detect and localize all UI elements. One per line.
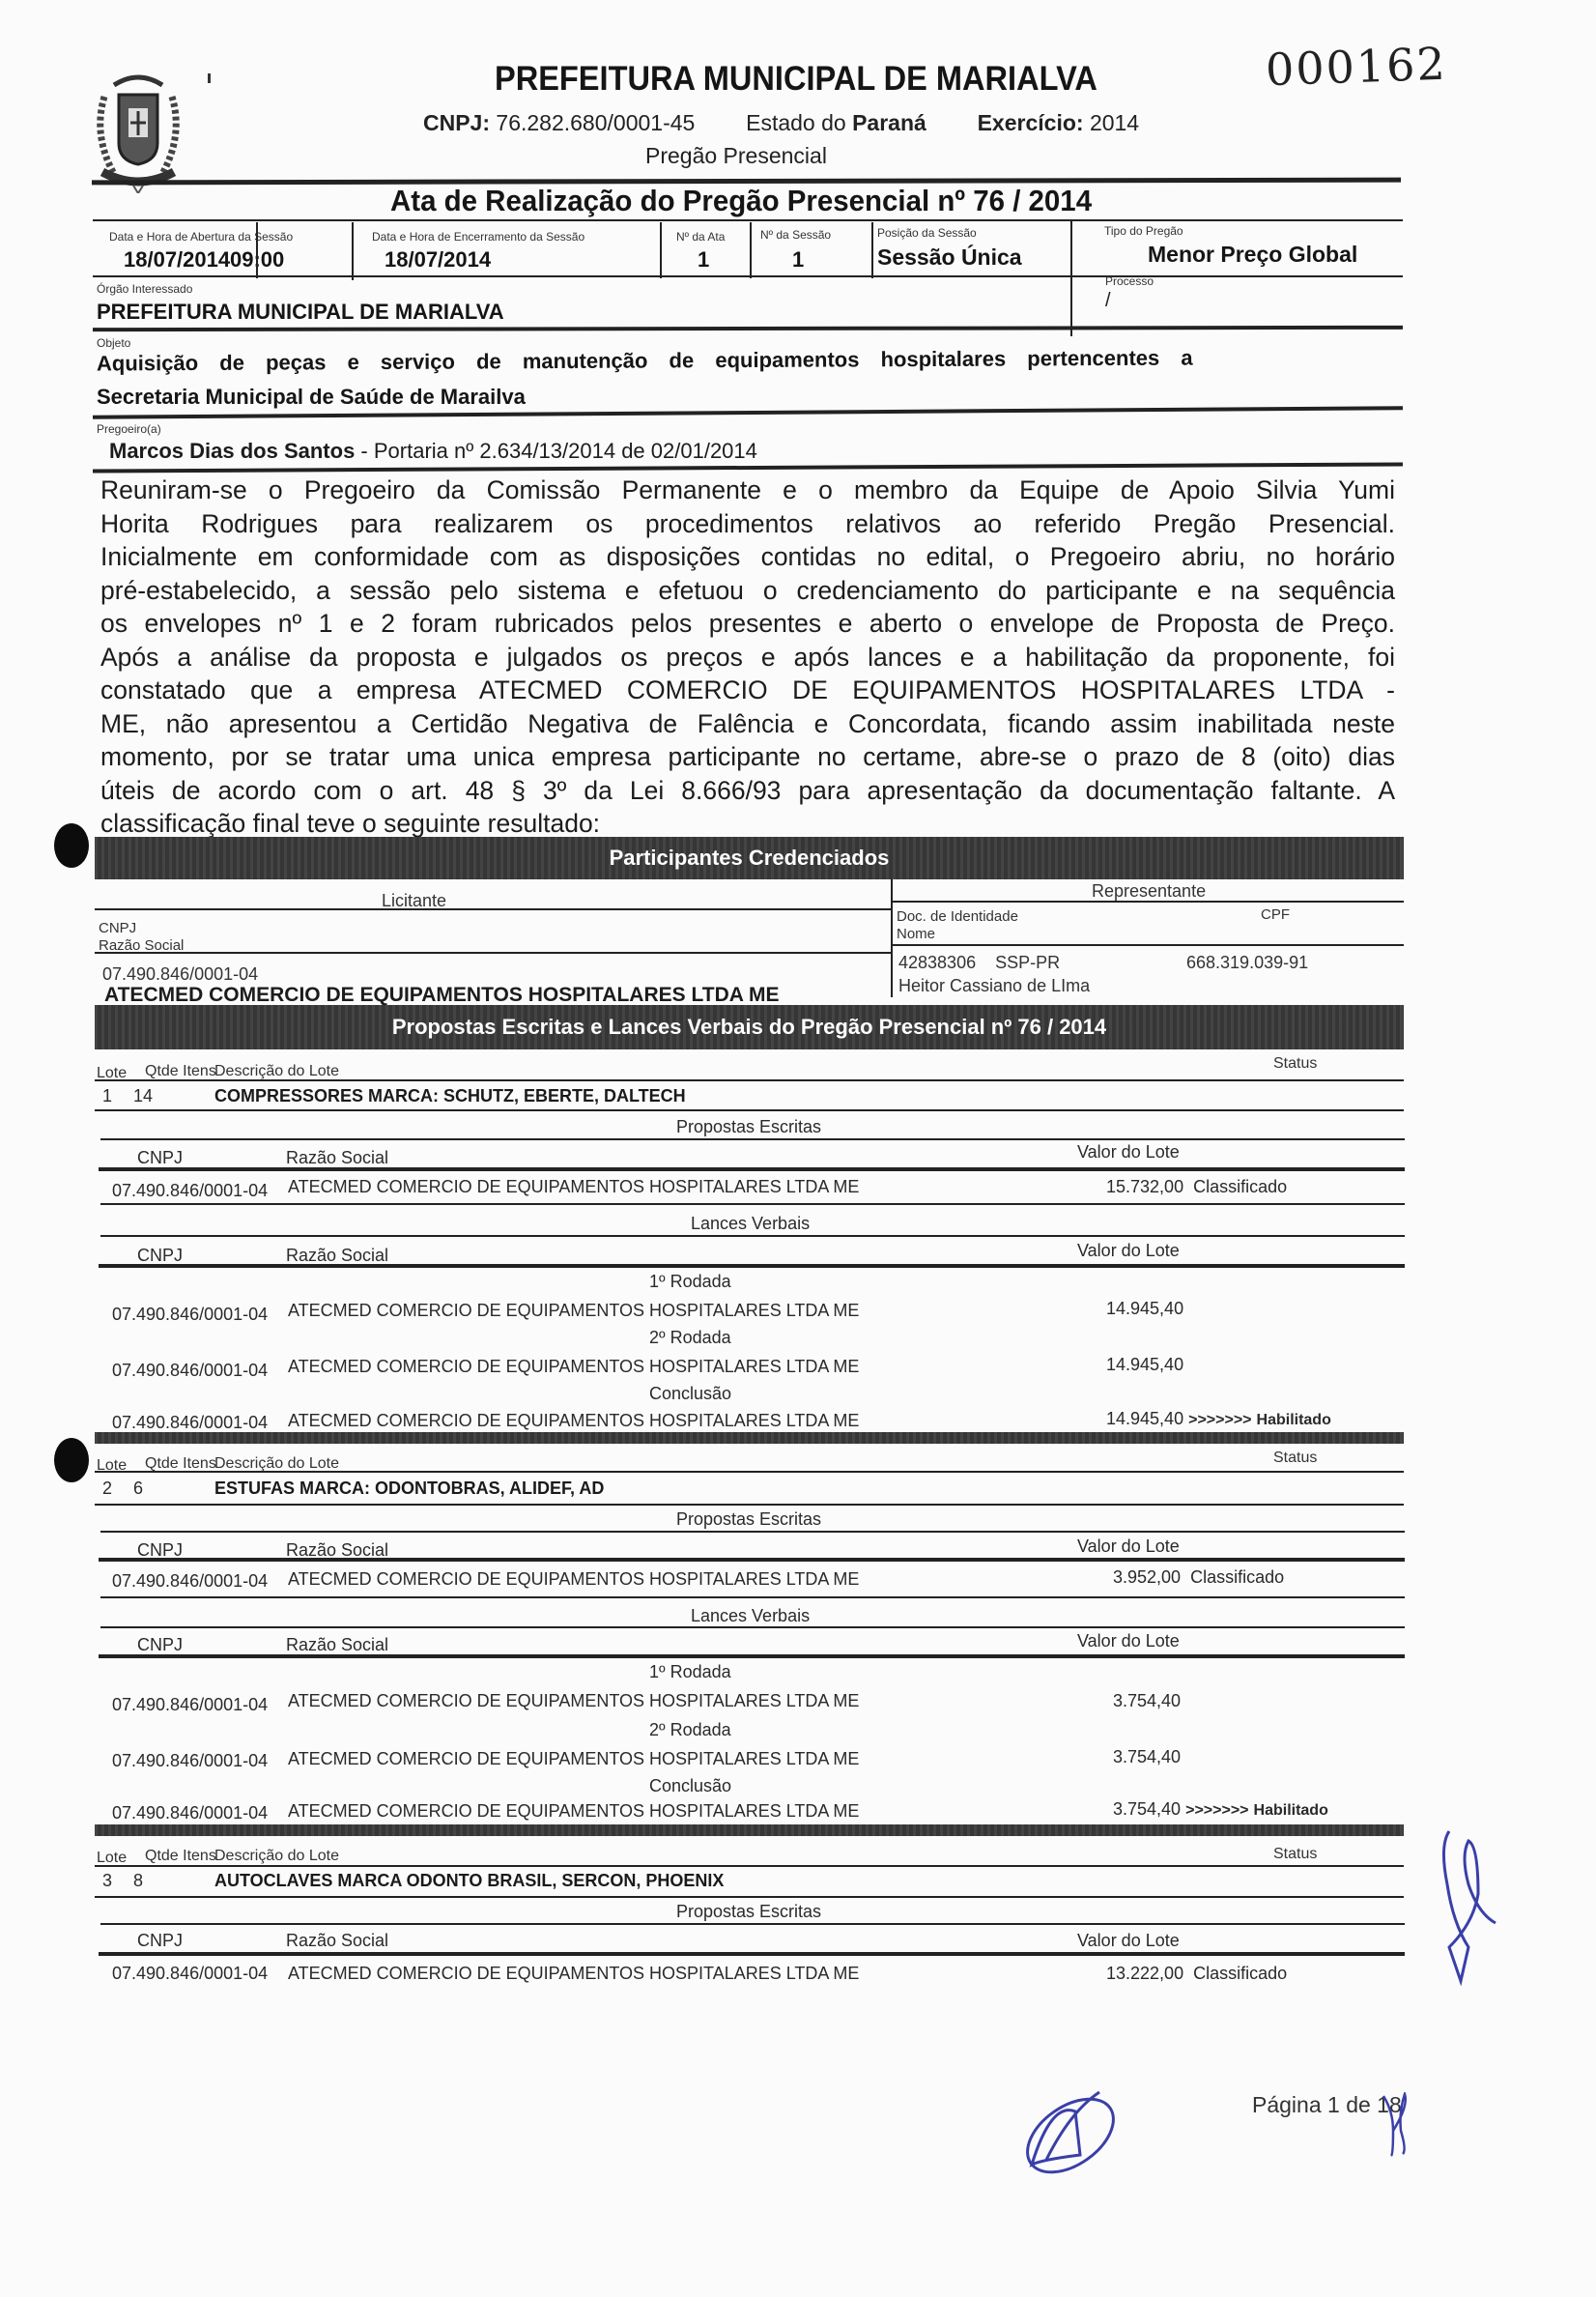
rodada-2-label: 2º Rodada (649, 1328, 731, 1348)
posicao-value: Sessão Única (877, 244, 1022, 271)
escrita-cnpj: 07.490.846/0001-04 (112, 1964, 268, 1984)
escrita-valor: 13.222,00 (1106, 1964, 1183, 1983)
rule (95, 952, 891, 954)
rodada-razao: ATECMED COMERCIO DE EQUIPAMENTOS HOSPITA… (288, 1301, 859, 1321)
representante-label: Representante (1092, 881, 1206, 902)
doc-orgao: SSP-PR (995, 953, 1060, 972)
razao-header: Razão Social (286, 1246, 388, 1266)
participantes-header-bar: Participantes Credenciados (95, 837, 1404, 879)
rule (93, 326, 1403, 331)
rule (100, 1531, 1405, 1533)
pregoeiro-name: Marcos Dias dos Santos (109, 439, 355, 463)
lote-qtde: 14 (133, 1086, 153, 1106)
lote-number: 3 (102, 1871, 112, 1891)
estado-value: Paraná (852, 110, 926, 135)
rule (100, 1235, 1405, 1237)
escrita-status: Classificado (1193, 1964, 1287, 1983)
divider (660, 222, 662, 278)
rodada-1-label: 1º Rodada (649, 1272, 731, 1292)
cnpj-header: CNPJ (137, 1148, 183, 1168)
rule (93, 219, 1403, 221)
rule (100, 1596, 1405, 1598)
divider (256, 222, 258, 278)
escrita-cnpj: 07.490.846/0001-04 (112, 1571, 268, 1592)
doc-number: 42838306 (898, 953, 976, 972)
status-col-label: Status (1273, 1055, 1317, 1073)
arrows: >>>>>>> (1188, 1412, 1251, 1428)
escrita-razao: ATECMED COMERCIO DE EQUIPAMENTOS HOSPITA… (288, 1964, 859, 1984)
body-line: Inicialmente em conformidade com as disp… (100, 540, 1395, 574)
posicao-label: Posição da Sessão (877, 226, 977, 240)
cpf-col-label: CPF (1261, 906, 1290, 923)
rodada-valor: 14.945,40 (1106, 1299, 1183, 1319)
conclusao-valor: 14.945,40 (1106, 1409, 1183, 1428)
conclusao-result: 14.945,40 >>>>>>> Habilitado (1106, 1409, 1331, 1429)
participante-razao: ATECMED COMERCIO DE EQUIPAMENTOS HOSPITA… (104, 984, 779, 1007)
punch-hole (54, 823, 89, 868)
encerramento-label: Data e Hora de Encerramento da Sessão (372, 230, 584, 244)
signature-initials-icon (1380, 2092, 1418, 2160)
propostas-escritas-label: Propostas Escritas (676, 1117, 821, 1137)
valor-header: Valor do Lote (1077, 1241, 1180, 1261)
ata-title: Ata de Realização do Pregão Presencial n… (390, 184, 1092, 218)
rule (95, 908, 891, 910)
conclusao-status: Habilitado (1254, 1802, 1328, 1819)
conclusao-razao: ATECMED COMERCIO DE EQUIPAMENTOS HOSPITA… (288, 1801, 859, 1822)
body-line: ME, não apresentou a Certidão Negativa d… (100, 707, 1395, 741)
participante-cpf: 668.319.039-91 (1186, 953, 1308, 973)
escrita-valor-status: 15.732,00 Classificado (1106, 1177, 1287, 1197)
lote-qtde: 8 (133, 1871, 143, 1891)
cnpj-value: 76.282.680/0001-45 (496, 110, 695, 135)
rule (99, 1558, 1405, 1562)
propostas-title: Propostas Escritas e Lances Verbais do P… (392, 1015, 1106, 1039)
escrita-valor-status: 3.952,00 Classificado (1113, 1567, 1284, 1588)
lote-descricao: ESTUFAS MARCA: ODONTOBRAS, ALIDEF, AD (214, 1479, 604, 1499)
qtde-col-label: Qtde Itens (145, 1063, 216, 1080)
signature-icon (1003, 2082, 1138, 2179)
cnpj-header: CNPJ (137, 1931, 183, 1951)
body-line: momento, por se tratar uma unica empresa… (100, 740, 1395, 774)
num-ata-label: Nº da Ata (676, 230, 725, 244)
rodada-razao: ATECMED COMERCIO DE EQUIPAMENTOS HOSPITA… (288, 1691, 859, 1711)
rule (100, 1138, 1405, 1140)
rodada-razao: ATECMED COMERCIO DE EQUIPAMENTOS HOSPITA… (288, 1749, 859, 1769)
punch-hole (54, 1438, 89, 1482)
valor-header: Valor do Lote (1077, 1536, 1180, 1557)
rule (93, 275, 1403, 277)
rule (891, 901, 1404, 903)
rodada-razao: ATECMED COMERCIO DE EQUIPAMENTOS HOSPITA… (288, 1357, 859, 1377)
lote-descricao: AUTOCLAVES MARCA ODONTO BRASIL, SERCON, … (214, 1871, 724, 1891)
razao-header: Razão Social (286, 1148, 388, 1168)
body-line: Após a análise da proposta e julgados os… (100, 641, 1395, 675)
document-page: PREFEITURA MUNICIPAL DE MARIALVA CNPJ: 7… (0, 0, 1596, 2297)
rule (95, 1504, 1404, 1506)
cnpj-header: CNPJ (137, 1246, 183, 1266)
page-stamp-number: 000162 (1265, 38, 1447, 97)
rule (93, 462, 1403, 473)
pregoeiro-portaria: - Portaria nº 2.634/13/2014 de 02/01/201… (355, 439, 757, 463)
participantes-title: Participantes Credenciados (610, 846, 890, 870)
conclusao-label: Conclusão (649, 1776, 731, 1796)
lote-number: 1 (102, 1086, 112, 1106)
rule (100, 1203, 1405, 1205)
rule (95, 1896, 1404, 1898)
cnpj-col-label: CNPJ (99, 920, 136, 936)
rule (95, 1079, 1404, 1081)
body-line: úteis de acordo com o art. 48 § 3º da Le… (100, 774, 1395, 808)
divider (750, 222, 752, 278)
rodada-cnpj: 07.490.846/0001-04 (112, 1751, 268, 1771)
divider (352, 222, 354, 280)
objeto-label: Objeto (97, 336, 130, 350)
cnpj-header: CNPJ (137, 1635, 183, 1655)
razao-header: Razão Social (286, 1635, 388, 1655)
escrita-cnpj: 07.490.846/0001-04 (112, 1181, 268, 1201)
conclusao-razao: ATECMED COMERCIO DE EQUIPAMENTOS HOSPITA… (288, 1411, 859, 1431)
rule (95, 1109, 1404, 1111)
propostas-escritas-label: Propostas Escritas (676, 1509, 821, 1530)
pregoeiro-label: Pregoeiro(a) (97, 422, 161, 436)
estado-label: Estado do (746, 110, 846, 135)
rule (100, 1923, 1405, 1925)
processo-label: Processo (1105, 274, 1154, 288)
desc-col-label: Descrição do Lote (214, 1063, 339, 1080)
rodada-valor: 14.945,40 (1106, 1355, 1183, 1375)
rule (95, 1471, 1404, 1473)
rodada-valor: 3.754,40 (1113, 1691, 1181, 1711)
rule (99, 1167, 1405, 1171)
rule (99, 1654, 1405, 1658)
divider (891, 879, 893, 997)
lote-descricao: COMPRESSORES MARCA: SCHUTZ, EBERTE, DALT… (214, 1086, 686, 1106)
body-line: classificação final teve o seguinte resu… (100, 807, 1395, 841)
desc-col-label: Descrição do Lote (214, 1848, 339, 1865)
conclusao-cnpj: 07.490.846/0001-04 (112, 1413, 268, 1433)
propostas-escritas-label: Propostas Escritas (676, 1902, 821, 1922)
lances-verbais-label: Lances Verbais (691, 1606, 810, 1626)
abertura-label: Data e Hora de Abertura da Sessão (109, 230, 293, 244)
tipo-value: Menor Preço Global (1148, 242, 1357, 268)
propostas-header-bar: Propostas Escritas e Lances Verbais do P… (95, 1005, 1404, 1049)
rodada-cnpj: 07.490.846/0001-04 (112, 1361, 268, 1381)
conclusao-valor: 3.754,40 (1113, 1799, 1181, 1819)
divider (1070, 220, 1072, 336)
exercicio-value: 2014 (1090, 110, 1139, 135)
lote-qtde: 6 (133, 1479, 143, 1499)
valor-header: Valor do Lote (1077, 1142, 1180, 1163)
nome-col-label: Nome (897, 926, 935, 942)
lote-number: 2 (102, 1479, 112, 1499)
rodada-cnpj: 07.490.846/0001-04 (112, 1695, 268, 1715)
participante-cnpj: 07.490.846/0001-04 (102, 964, 258, 985)
body-line: os envelopes nº 1 e 2 foram rubricados p… (100, 607, 1395, 641)
status-col-label: Status (1273, 1450, 1317, 1467)
body-line: Horita Rodrigues para realizarem os proc… (100, 507, 1395, 541)
tipo-label: Tipo do Pregão (1104, 224, 1183, 238)
conclusao-label: Conclusão (649, 1384, 731, 1404)
arrows: >>>>>>> (1185, 1802, 1248, 1819)
razao-header: Razão Social (286, 1931, 388, 1951)
escrita-razao: ATECMED COMERCIO DE EQUIPAMENTOS HOSPITA… (288, 1177, 859, 1197)
rule (99, 1264, 1405, 1268)
escrita-valor-status: 13.222,00 Classificado (1106, 1964, 1287, 1984)
ata-body-text: Reuniram-se o Pregoeiro da Comissão Perm… (100, 474, 1395, 841)
processo-value: / (1105, 290, 1111, 312)
modalidade: Pregão Presencial (645, 143, 827, 169)
rule (99, 1952, 1405, 1956)
rodada-cnpj: 07.490.846/0001-04 (112, 1305, 268, 1325)
lances-verbais-label: Lances Verbais (691, 1214, 810, 1234)
body-line: pré-estabelecido, a sessão pelo sistema … (100, 574, 1395, 608)
conclusao-cnpj: 07.490.846/0001-04 (112, 1803, 268, 1823)
rodada-2-label: 2º Rodada (649, 1720, 731, 1740)
rule (95, 1865, 1404, 1867)
status-col-label: Status (1273, 1846, 1317, 1863)
rodada-1-label: 1º Rodada (649, 1662, 731, 1682)
rule (891, 944, 1404, 946)
qtde-col-label: Qtde Itens (145, 1848, 216, 1865)
coat-of-arms-icon (85, 68, 191, 193)
orgao-label: Órgão Interessado (97, 282, 192, 296)
escrita-razao: ATECMED COMERCIO DE EQUIPAMENTOS HOSPITA… (288, 1569, 859, 1590)
body-line: constatado que a empresa ATECMED COMERCI… (100, 674, 1395, 707)
escrita-valor: 3.952,00 (1113, 1567, 1181, 1587)
scan-mark (208, 73, 211, 83)
escrita-status: Classificado (1190, 1567, 1284, 1587)
num-sessao-value: 1 (792, 247, 804, 273)
num-sessao-label: Nº da Sessão (760, 228, 831, 242)
section-separator (95, 1824, 1404, 1836)
objeto-line-2: Secretaria Municipal de Saúde de Marailv… (97, 385, 526, 410)
cnpj-label: CNPJ: (423, 110, 490, 135)
num-ata-value: 1 (698, 247, 709, 273)
orgao-value: PREFEITURA MUNICIPAL DE MARIALVA (97, 300, 504, 325)
participante-doc: 42838306 SSP-PR (898, 953, 1060, 973)
valor-header: Valor do Lote (1077, 1631, 1180, 1651)
encerramento-date: 18/07/2014 (385, 247, 491, 273)
rodada-valor: 3.754,40 (1113, 1747, 1181, 1767)
org-subline: CNPJ: 76.282.680/0001-45 Estado do Paran… (423, 110, 1139, 136)
org-title: PREFEITURA MUNICIPAL DE MARIALVA (495, 60, 1097, 99)
rule (100, 1626, 1405, 1628)
doc-col-label: Doc. de Identidade (897, 908, 1018, 925)
pregoeiro: Marcos Dias dos Santos - Portaria nº 2.6… (109, 439, 757, 464)
participante-nome: Heitor Cassiano de LIma (898, 976, 1090, 996)
escrita-status: Classificado (1193, 1177, 1287, 1196)
objeto-line-1: Aquisição de peças e serviço de manutenç… (97, 344, 1391, 376)
conclusao-result: 3.754,40 >>>>>>> Habilitado (1113, 1799, 1328, 1820)
escrita-valor: 15.732,00 (1106, 1177, 1183, 1196)
section-separator (95, 1432, 1404, 1444)
exercicio-label: Exercício: (978, 110, 1084, 135)
valor-header: Valor do Lote (1077, 1931, 1180, 1951)
abertura-date: 18/07/2014 (124, 247, 230, 273)
conclusao-status: Habilitado (1257, 1412, 1331, 1428)
body-line: Reuniram-se o Pregoeiro da Comissão Perm… (100, 474, 1395, 507)
divider (871, 222, 873, 278)
signature-initials-icon (1439, 1826, 1507, 1991)
